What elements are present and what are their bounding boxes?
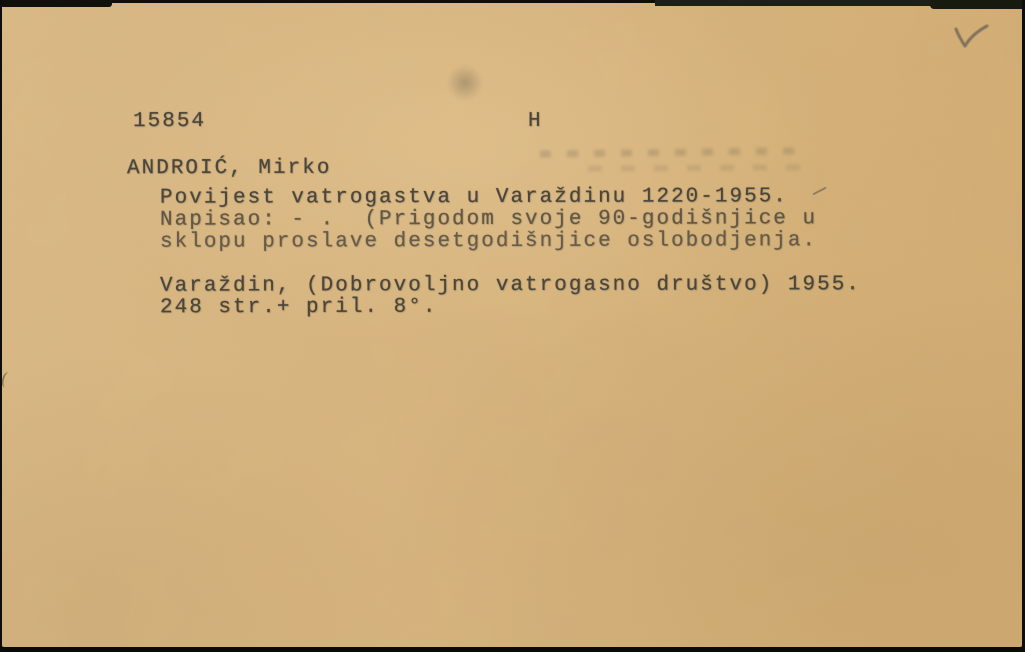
catalog-number: 15854 (133, 110, 206, 133)
scan-edge-top-right-corner (930, 0, 1025, 9)
entry-line-collation: 248 str.+ pril. 8°. (160, 296, 438, 320)
scan-edge-left (0, 0, 2, 652)
catalog-card (2, 3, 1022, 647)
entry-line-title: Povijest vatrogastva u Varaždinu 1220-19… (160, 185, 788, 209)
classification-letter: H (528, 110, 543, 133)
pencil-checkmark-icon (946, 20, 998, 54)
author-heading: ANDROIĆ, Mirko (127, 157, 331, 180)
entry-line-napisao: Napisao: - . (Prigodom svoje 90-godišnji… (160, 207, 817, 231)
entry-line-sklopu: sklopu proslave desetgodišnjice oslobodj… (160, 229, 817, 253)
entry-line-imprint: Varaždin, (Dobrovoljno vatrogasno društv… (160, 273, 861, 297)
ink-smudge-stain (446, 64, 484, 102)
scan-edge-top-left (0, 0, 112, 7)
scan-edge-bottom (0, 647, 1025, 652)
catalog-card-scan: 15854 H ANDROIĆ, Mirko Povijest vatrogas… (0, 0, 1025, 652)
